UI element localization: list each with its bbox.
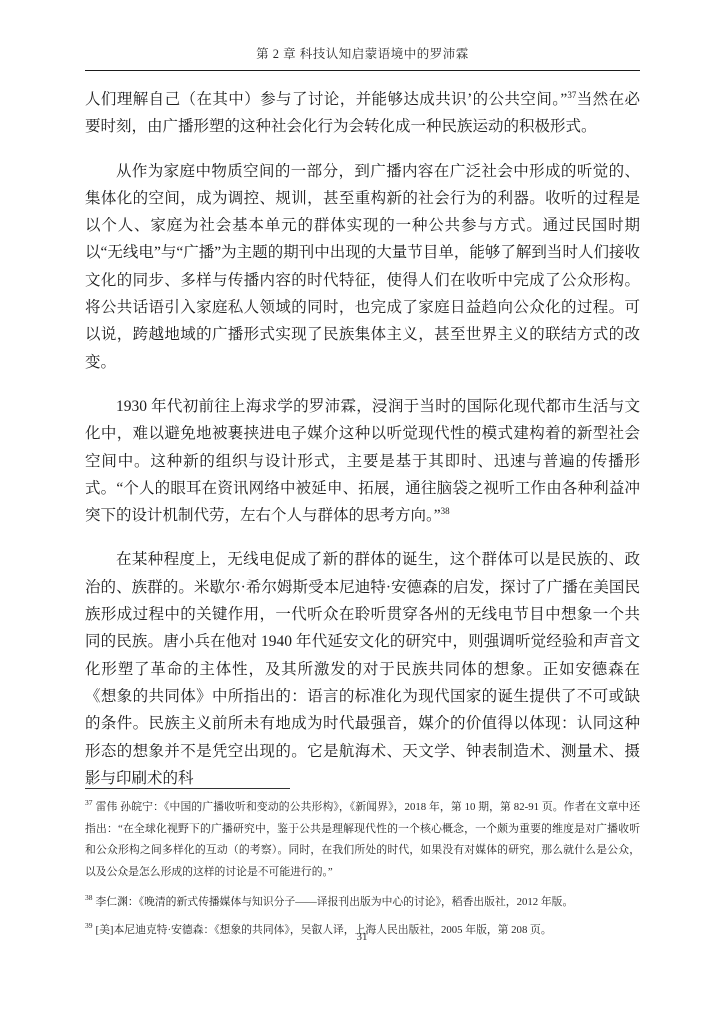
footnote-ref-37: 37 <box>567 90 576 100</box>
footnote-ref-38: 38 <box>441 506 450 516</box>
footnote-37-marker: 37 <box>85 798 93 807</box>
footnote-area: 37雷伟 孙皖宁：《中国的广播收听和变动的公共形构》，《新闻界》，2018 年，… <box>85 788 640 941</box>
paragraph-2: 从作为家庭中物质空间的一部分，到广播内容在广泛社会中形成的听觉的、集体化的空间，… <box>85 158 640 376</box>
footnote-38-text: 李仁渊：《晚清的新式传播媒体与知识分子——译报刊出版为中心的讨论》，稻香出版社，… <box>96 896 574 908</box>
paragraph-1-text: 人们理解自己（在其中）参与了讨论，并能够达成共识’的公共空间。” <box>85 91 567 108</box>
footnote-separator <box>85 788 290 789</box>
footnote-38: 38李仁渊：《晚清的新式传播媒体与知识分子——译报刊出版为中心的讨论》，稻香出版… <box>85 892 640 914</box>
document-page: 第 2 章 科技认知启蒙语境中的罗沛霖 人们理解自己（在其中）参与了讨论，并能够… <box>0 0 724 1023</box>
page-number: 31 <box>0 931 724 943</box>
footnote-37-text: 雷伟 孙皖宁：《中国的广播收听和变动的公共形构》，《新闻界》，2018 年，第 … <box>85 801 640 878</box>
paragraph-3-text: 1930 年代初前往上海求学的罗沛霖，浸润于当时的国际化现代都市生活与文化中，难… <box>85 398 640 524</box>
footnote-39-marker: 39 <box>85 921 93 930</box>
footnote-38-marker: 38 <box>85 893 93 902</box>
paragraph-4: 在某种程度上，无线电促成了新的群体的诞生，这个群体可以是民族的、政治的、族群的。… <box>85 546 640 792</box>
footnote-37: 37雷伟 孙皖宁：《中国的广播收听和变动的公共形构》，《新闻界》，2018 年，… <box>85 797 640 883</box>
paragraph-3: 1930 年代初前往上海求学的罗沛霖，浸润于当时的国际化现代都市生活与文化中，难… <box>85 393 640 529</box>
running-header: 第 2 章 科技认知启蒙语境中的罗沛霖 <box>85 46 640 63</box>
page-content: 第 2 章 科技认知启蒙语境中的罗沛霖 人们理解自己（在其中）参与了讨论，并能够… <box>85 46 640 809</box>
body-text: 人们理解自己（在其中）参与了讨论，并能够达成共识’的公共空间。”37当然在必要时… <box>85 86 640 792</box>
paragraph-1: 人们理解自己（在其中）参与了讨论，并能够达成共识’的公共空间。”37当然在必要时… <box>85 86 640 141</box>
header-rule <box>85 70 640 71</box>
